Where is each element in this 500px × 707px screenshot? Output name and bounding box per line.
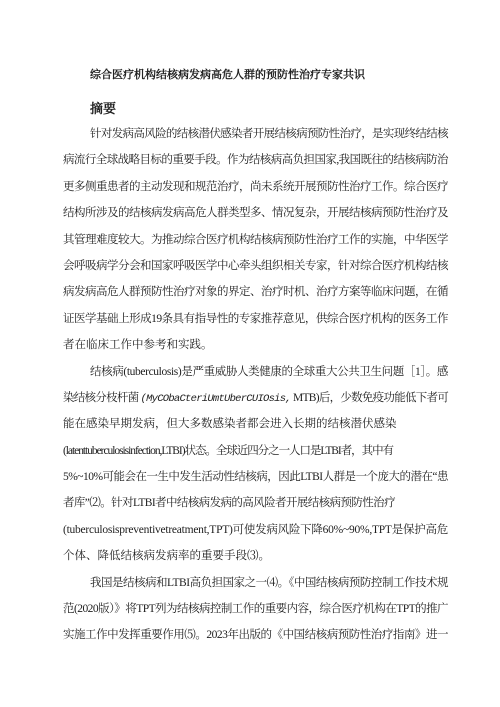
species-name-italic: (MyCObaCteriUmtUberCUIOsis, [141, 393, 291, 405]
text-line: (latenttuberculosisinfection,LTBI)状态。全球近… [63, 438, 448, 464]
document-body: 针对发病高风险的结核潜伏感染者开展结核病预防性治疗，是实现终结结核 病流行全球战… [63, 121, 448, 649]
text-line: 我国是结核病和LTBI高负担国家之一⑷。《中国结核病预防控制工作技术规 [63, 570, 448, 596]
text-line: 染结核分枝杆菌 (MyCObaCteriUmtUberCUIOsis, MTB)… [63, 385, 448, 411]
text-line: 实施工作中发挥重要作用⑸。2023年出版的《中国结核病预防性治疗指南》进一 [63, 622, 448, 648]
text-line: 个体、降低结核病发病率的重要手段⑶。 [63, 543, 448, 569]
text-line: 更多侧重患者的主动发现和规范治疗，尚未系统开展预防性治疗工作。综合医疗 [63, 174, 448, 200]
text-line: 病发病高危人群预防性治疗对象的界定、治疗时机、治疗方案等临床问题，在循 [63, 279, 448, 305]
text-line: 范(2020版）》将TPT列为结核病控制工作的重要内容，综合医疗机构在TPT的推… [63, 596, 448, 622]
text-line: 会呼吸病学分会和国家呼吸医学中心牵头组织相关专家，针对综合医疗机构结核 [63, 253, 448, 279]
text-line: 其管理难度较大。为推动综合医疗机构结核病预防性治疗工作的实施，中华医学 [63, 227, 448, 253]
text-line: 者在临床工作中参考和实践。 [63, 332, 448, 358]
body-paragraph: 结核病(tuberculosis)是严重威胁人类健康的全球重大公共卫生问题［1］… [63, 359, 448, 570]
document-title: 综合医疗机构结核病发病高危人群的预防性治疗专家共识 [90, 67, 365, 83]
text-line: 结构所涉及的结核病发病高危人群类型多、情况复杂，开展结核病预防性治疗及 [63, 200, 448, 226]
text-line: 能在感染早期发病，但大多数感染者都会进入长期的结核潜伏感染 [63, 411, 448, 437]
abstract-paragraph: 针对发病高风险的结核潜伏感染者开展结核病预防性治疗，是实现终结结核 病流行全球战… [63, 121, 448, 359]
text-line: 证医学基础上形成19条具有指导性的专家推荐意见，供综合医疗机构的医务工作 [63, 306, 448, 332]
text-line: (tuberculosispreventivetreatment,TPT)可使发… [63, 517, 448, 543]
text-line: 5%~10%可能会在一生中发生活动性结核病，因此LTBI人群是一个庞大的潜在“患 [63, 464, 448, 490]
text-line: 者库”⑵。针对LTBI者中结核病发病的高风险者开展结核病预防性治疗 [63, 490, 448, 516]
text-line: 病流行全球战略目标的重要手段。作为结核病高负担国家,我国既往的结核病防治 [63, 147, 448, 173]
text-line: 针对发病高风险的结核潜伏感染者开展结核病预防性治疗，是实现终结结核 [63, 121, 448, 147]
text-line: 结核病(tuberculosis)是严重威胁人类健康的全球重大公共卫生问题［1］… [63, 359, 448, 385]
text-segment: MTB)后，少数免疫功能低下者可 [291, 392, 448, 404]
text-segment: 染结核分枝杆菌 [63, 392, 141, 404]
body-paragraph: 我国是结核病和LTBI高负担国家之一⑷。《中国结核病预防控制工作技术规 范(20… [63, 570, 448, 649]
abstract-heading: 摘要 [90, 100, 116, 120]
